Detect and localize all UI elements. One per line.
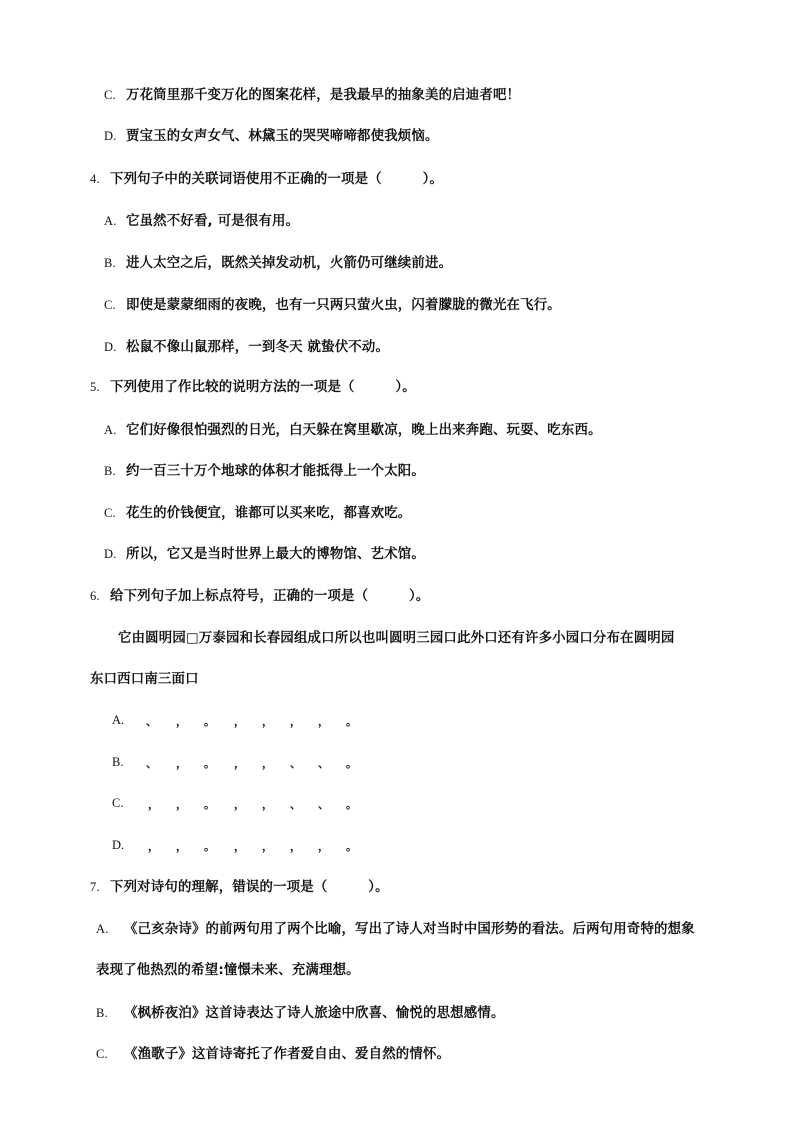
punct-mark: 、 (290, 755, 301, 771)
punct-mark: ， (262, 838, 273, 854)
q7-option-b: B.《枫桥夜泊》这首诗表达了诗人旅途中欣喜、愉悦的思想感情。 (96, 1004, 505, 1023)
punct-mark: ， (318, 838, 329, 854)
punct-mark: 。 (204, 713, 215, 729)
punct-mark: 、 (318, 796, 329, 812)
option-label: C. (104, 86, 126, 104)
punct-mark: ， (262, 755, 273, 771)
q6-option-d: D. ， ， 。 ， ， ， ， 。 (112, 838, 372, 856)
punct-mark: ， (318, 713, 329, 729)
q6-passage-line-1: 它由圆明园□万泰园和长春园组成口所以也叫圆明三园口此外口还有许多小园口分布在圆明… (118, 630, 674, 648)
punct-mark: 、 (318, 755, 329, 771)
q6-option-c: C. ， ， 。 ， ， 、 、 。 (112, 796, 372, 814)
question-text: 下列句子中的关联词语使用不正确的一项是（ ）。 (110, 172, 443, 187)
question-5-stem: 5.下列使用了作比较的说明方法的一项是（ ）。 (90, 378, 416, 397)
punct-mark: 。 (346, 713, 357, 729)
question-text: 给下列句子加上标点符号，正确的一项是（ ）。 (110, 589, 429, 604)
q6-passage-line-2: 东口西口南三面口 (90, 671, 199, 689)
option-text: 《己亥杂诗》的前两句用了两个比喻，写出了诗人对当时中国形势的看法。后两句用奇特的… (124, 922, 695, 937)
option-label: D. (104, 127, 126, 145)
punct-mark: ， (176, 796, 187, 812)
option-text: 约一百三十万个地球的体积才能抵得上一个太阳。 (126, 464, 425, 479)
punct-mark: ， (290, 838, 301, 854)
punct-mark: ， (262, 713, 273, 729)
q4-option-d: D.松鼠不像山鼠那样，一到冬天 就蛰伏不动。 (104, 338, 389, 357)
punct-mark: 。 (204, 755, 215, 771)
option-label: D. (104, 338, 126, 356)
punct-mark: 、 (146, 713, 157, 729)
question-6-stem: 6.给下列句子加上标点符号，正确的一项是（ ）。 (90, 587, 429, 606)
q6-option-b: B. 、 ， 。 ， ， 、 、 。 (112, 755, 372, 773)
option-text: 所以，它又是当时世界上最大的博物馆、艺术馆。 (126, 547, 425, 562)
option-label: A. (112, 713, 124, 728)
option-text: 它虽然不好看, 可是很有用。 (126, 214, 299, 229)
punct-mark: ， (234, 755, 245, 771)
question-number: 6. (90, 587, 110, 605)
option-text: 它们好像很怕强烈的日光，白天躲在窝里歇凉，晚上出来奔跑、玩耍、吃东西。 (126, 423, 602, 438)
option-label: A. (96, 920, 124, 938)
question-7-stem: 7.下列对诗句的理解，错误的一项是（ ）。 (90, 878, 389, 897)
punct-mark: ， (290, 713, 301, 729)
question-text: 下列使用了作比较的说明方法的一项是（ ）。 (110, 380, 416, 395)
q4-option-c: C.即使是蒙蒙细雨的夜晚，也有一只两只萤火虫，闪着朦胧的微光在飞行。 (104, 296, 561, 315)
question-number: 7. (90, 878, 110, 896)
option-text: 松鼠不像山鼠那样，一到冬天 就蛰伏不动。 (126, 340, 389, 355)
option-text: 贾宝玉的女声女气、林黛玉的哭哭啼啼都使我烦恼。 (126, 129, 439, 144)
punct-mark: ， (234, 838, 245, 854)
option-label: C. (104, 296, 126, 314)
option-text: 《渔歌子》这首诗寄托了作者爱自由、爱自然的情怀。 (124, 1047, 450, 1062)
punct-mark: ， (176, 755, 187, 771)
punct-mark: ， (148, 838, 159, 854)
q7-option-a-continued: 表现了他热烈的希望:憧憬未来、充满理想。 (96, 962, 360, 980)
punct-mark: ， (262, 796, 273, 812)
question-number: 5. (90, 378, 110, 396)
question-number: 4. (90, 170, 110, 188)
q5-option-b: B.约一百三十万个地球的体积才能抵得上一个太阳。 (104, 462, 425, 481)
question-text: 下列对诗句的理解，错误的一项是（ ）。 (110, 880, 389, 895)
option-text: 《枫桥夜泊》这首诗表达了诗人旅途中欣喜、愉悦的思想感情。 (124, 1006, 505, 1021)
option-d-prev: D.贾宝玉的女声女气、林黛玉的哭哭啼啼都使我烦恼。 (104, 127, 439, 146)
option-label: B. (96, 1004, 124, 1022)
q4-option-b: B.进人太空之后，既然关掉发动机，火箭仍可继续前进。 (104, 254, 452, 273)
punct-mark: ， (234, 796, 245, 812)
punct-mark: ， (176, 838, 187, 854)
option-label: A. (104, 212, 126, 230)
q6-option-a: A. 、 ， 。 ， ， ， ， 。 (112, 713, 372, 731)
punct-mark: ， (148, 796, 159, 812)
option-label: C. (96, 1045, 124, 1063)
punct-mark: 。 (346, 796, 357, 812)
punct-mark: 、 (290, 796, 301, 812)
q5-option-a: A.它们好像很怕强烈的日光，白天躲在窝里歇凉，晚上出来奔跑、玩耍、吃东西。 (104, 421, 602, 440)
punct-mark: ， (234, 713, 245, 729)
punct-mark: 。 (346, 838, 357, 854)
option-label: B. (104, 254, 126, 272)
option-label: B. (112, 755, 123, 770)
option-label: D. (104, 545, 126, 563)
q7-option-a: A.《己亥杂诗》的前两句用了两个比喻，写出了诗人对当时中国形势的看法。后两句用奇… (96, 920, 695, 939)
q5-option-c: C.花生的价钱便宜，谁都可以买来吃，都喜欢吃。 (104, 504, 411, 523)
punct-mark: 、 (146, 755, 157, 771)
punct-mark: 。 (204, 838, 215, 854)
option-c-prev: C.万花筒里那千变万化的图案花样，是我最早的抽象美的启迪者吧！ (104, 86, 520, 105)
q5-option-d: D.所以，它又是当时世界上最大的博物馆、艺术馆。 (104, 545, 425, 564)
punct-mark: ， (176, 713, 187, 729)
option-text: 花生的价钱便宜，谁都可以买来吃，都喜欢吃。 (126, 506, 411, 521)
option-label: C. (112, 796, 123, 811)
punct-mark: 。 (204, 796, 215, 812)
punct-mark: 。 (346, 755, 357, 771)
option-label: B. (104, 462, 126, 480)
option-label: A. (104, 421, 126, 439)
q7-option-c: C.《渔歌子》这首诗寄托了作者爱自由、爱自然的情怀。 (96, 1045, 450, 1064)
option-label: C. (104, 504, 126, 522)
option-text: 万花筒里那千变万化的图案花样，是我最早的抽象美的启迪者吧！ (126, 88, 520, 103)
q4-option-a: A.它虽然不好看, 可是很有用。 (104, 212, 299, 231)
question-4-stem: 4.下列句子中的关联词语使用不正确的一项是（ ）。 (90, 170, 443, 189)
option-text: 即使是蒙蒙细雨的夜晚，也有一只两只萤火虫，闪着朦胧的微光在飞行。 (126, 298, 561, 313)
option-label: D. (112, 838, 124, 853)
option-text: 进人太空之后，既然关掉发动机，火箭仍可继续前进。 (126, 256, 452, 271)
